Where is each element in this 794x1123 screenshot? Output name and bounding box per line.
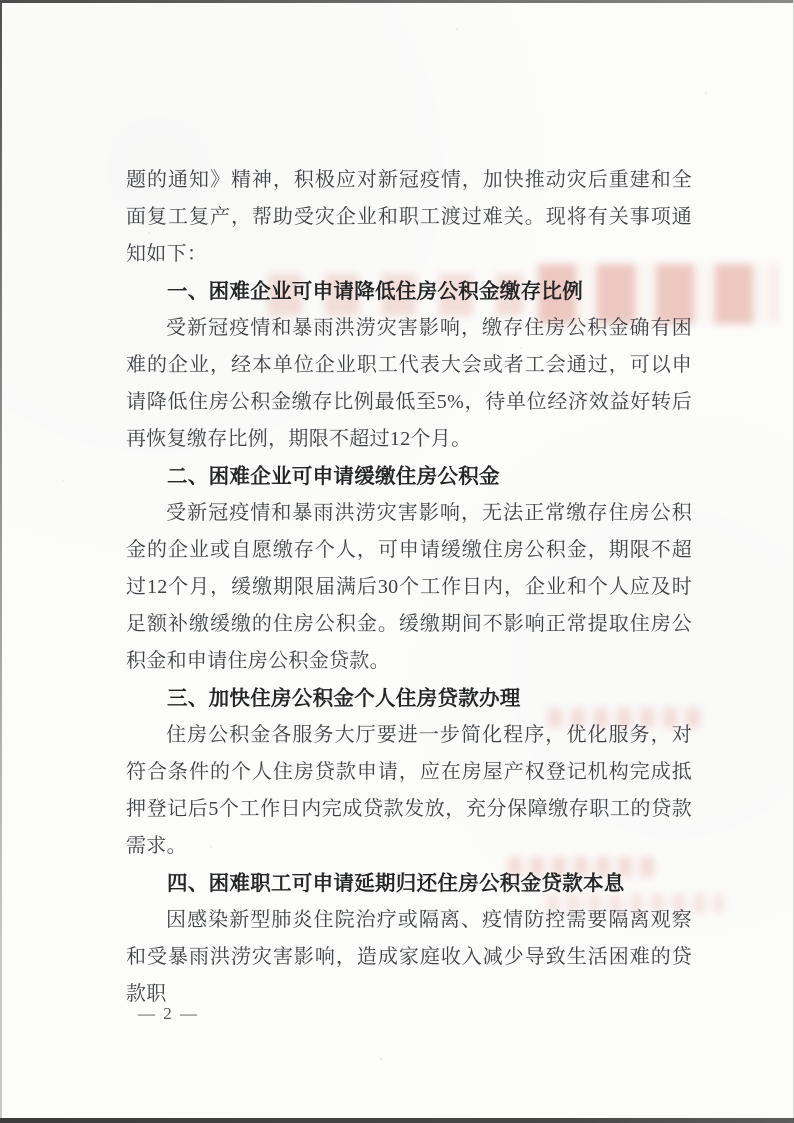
section-heading: 四、困难职工可申请延期归还住房公积金贷款本息 bbox=[126, 865, 692, 902]
section-heading: 三、加快住房公积金个人住房贷款办理 bbox=[126, 680, 692, 717]
body-paragraph: 因感染新型肺炎住院治疗或隔离、疫情防控需要隔离观察和受暴雨洪涝灾害影响，造成家庭… bbox=[126, 902, 692, 1013]
scan-noise-speckles bbox=[0, 0, 2, 2]
scan-edge-left bbox=[0, 0, 2, 1123]
section-heading: 二、困难企业可申请缓缴住房公积金 bbox=[126, 458, 692, 495]
body-paragraph: 受新冠疫情和暴雨洪涝灾害影响，缴存住房公积金确有困难的企业，经本单位企业职工代表… bbox=[126, 310, 692, 458]
scan-edge-top bbox=[0, 0, 794, 3]
scanned-document-page: 题的通知》精神，积极应对新冠疫情，加快推动灾后重建和全面复工复产，帮助受灾企业和… bbox=[0, 0, 794, 1123]
section-heading: 一、困难企业可申请降低住房公积金缴存比例 bbox=[126, 273, 692, 310]
document-body-text: 题的通知》精神，积极应对新冠疫情，加快推动灾后重建和全面复工复产，帮助受灾企业和… bbox=[126, 162, 692, 1013]
page-number: — 2 — bbox=[138, 1002, 199, 1026]
scan-edge-bottom bbox=[0, 1118, 794, 1123]
body-paragraph: 住房公积金各服务大厅要进一步简化程序，优化服务，对符合条件的个人住房贷款申请，应… bbox=[126, 717, 692, 865]
body-paragraph: 题的通知》精神，积极应对新冠疫情，加快推动灾后重建和全面复工复产，帮助受灾企业和… bbox=[126, 162, 692, 273]
body-paragraph: 受新冠疫情和暴雨洪涝灾害影响，无法正常缴存住房公积金的企业或自愿缴存个人，可申请… bbox=[126, 495, 692, 680]
